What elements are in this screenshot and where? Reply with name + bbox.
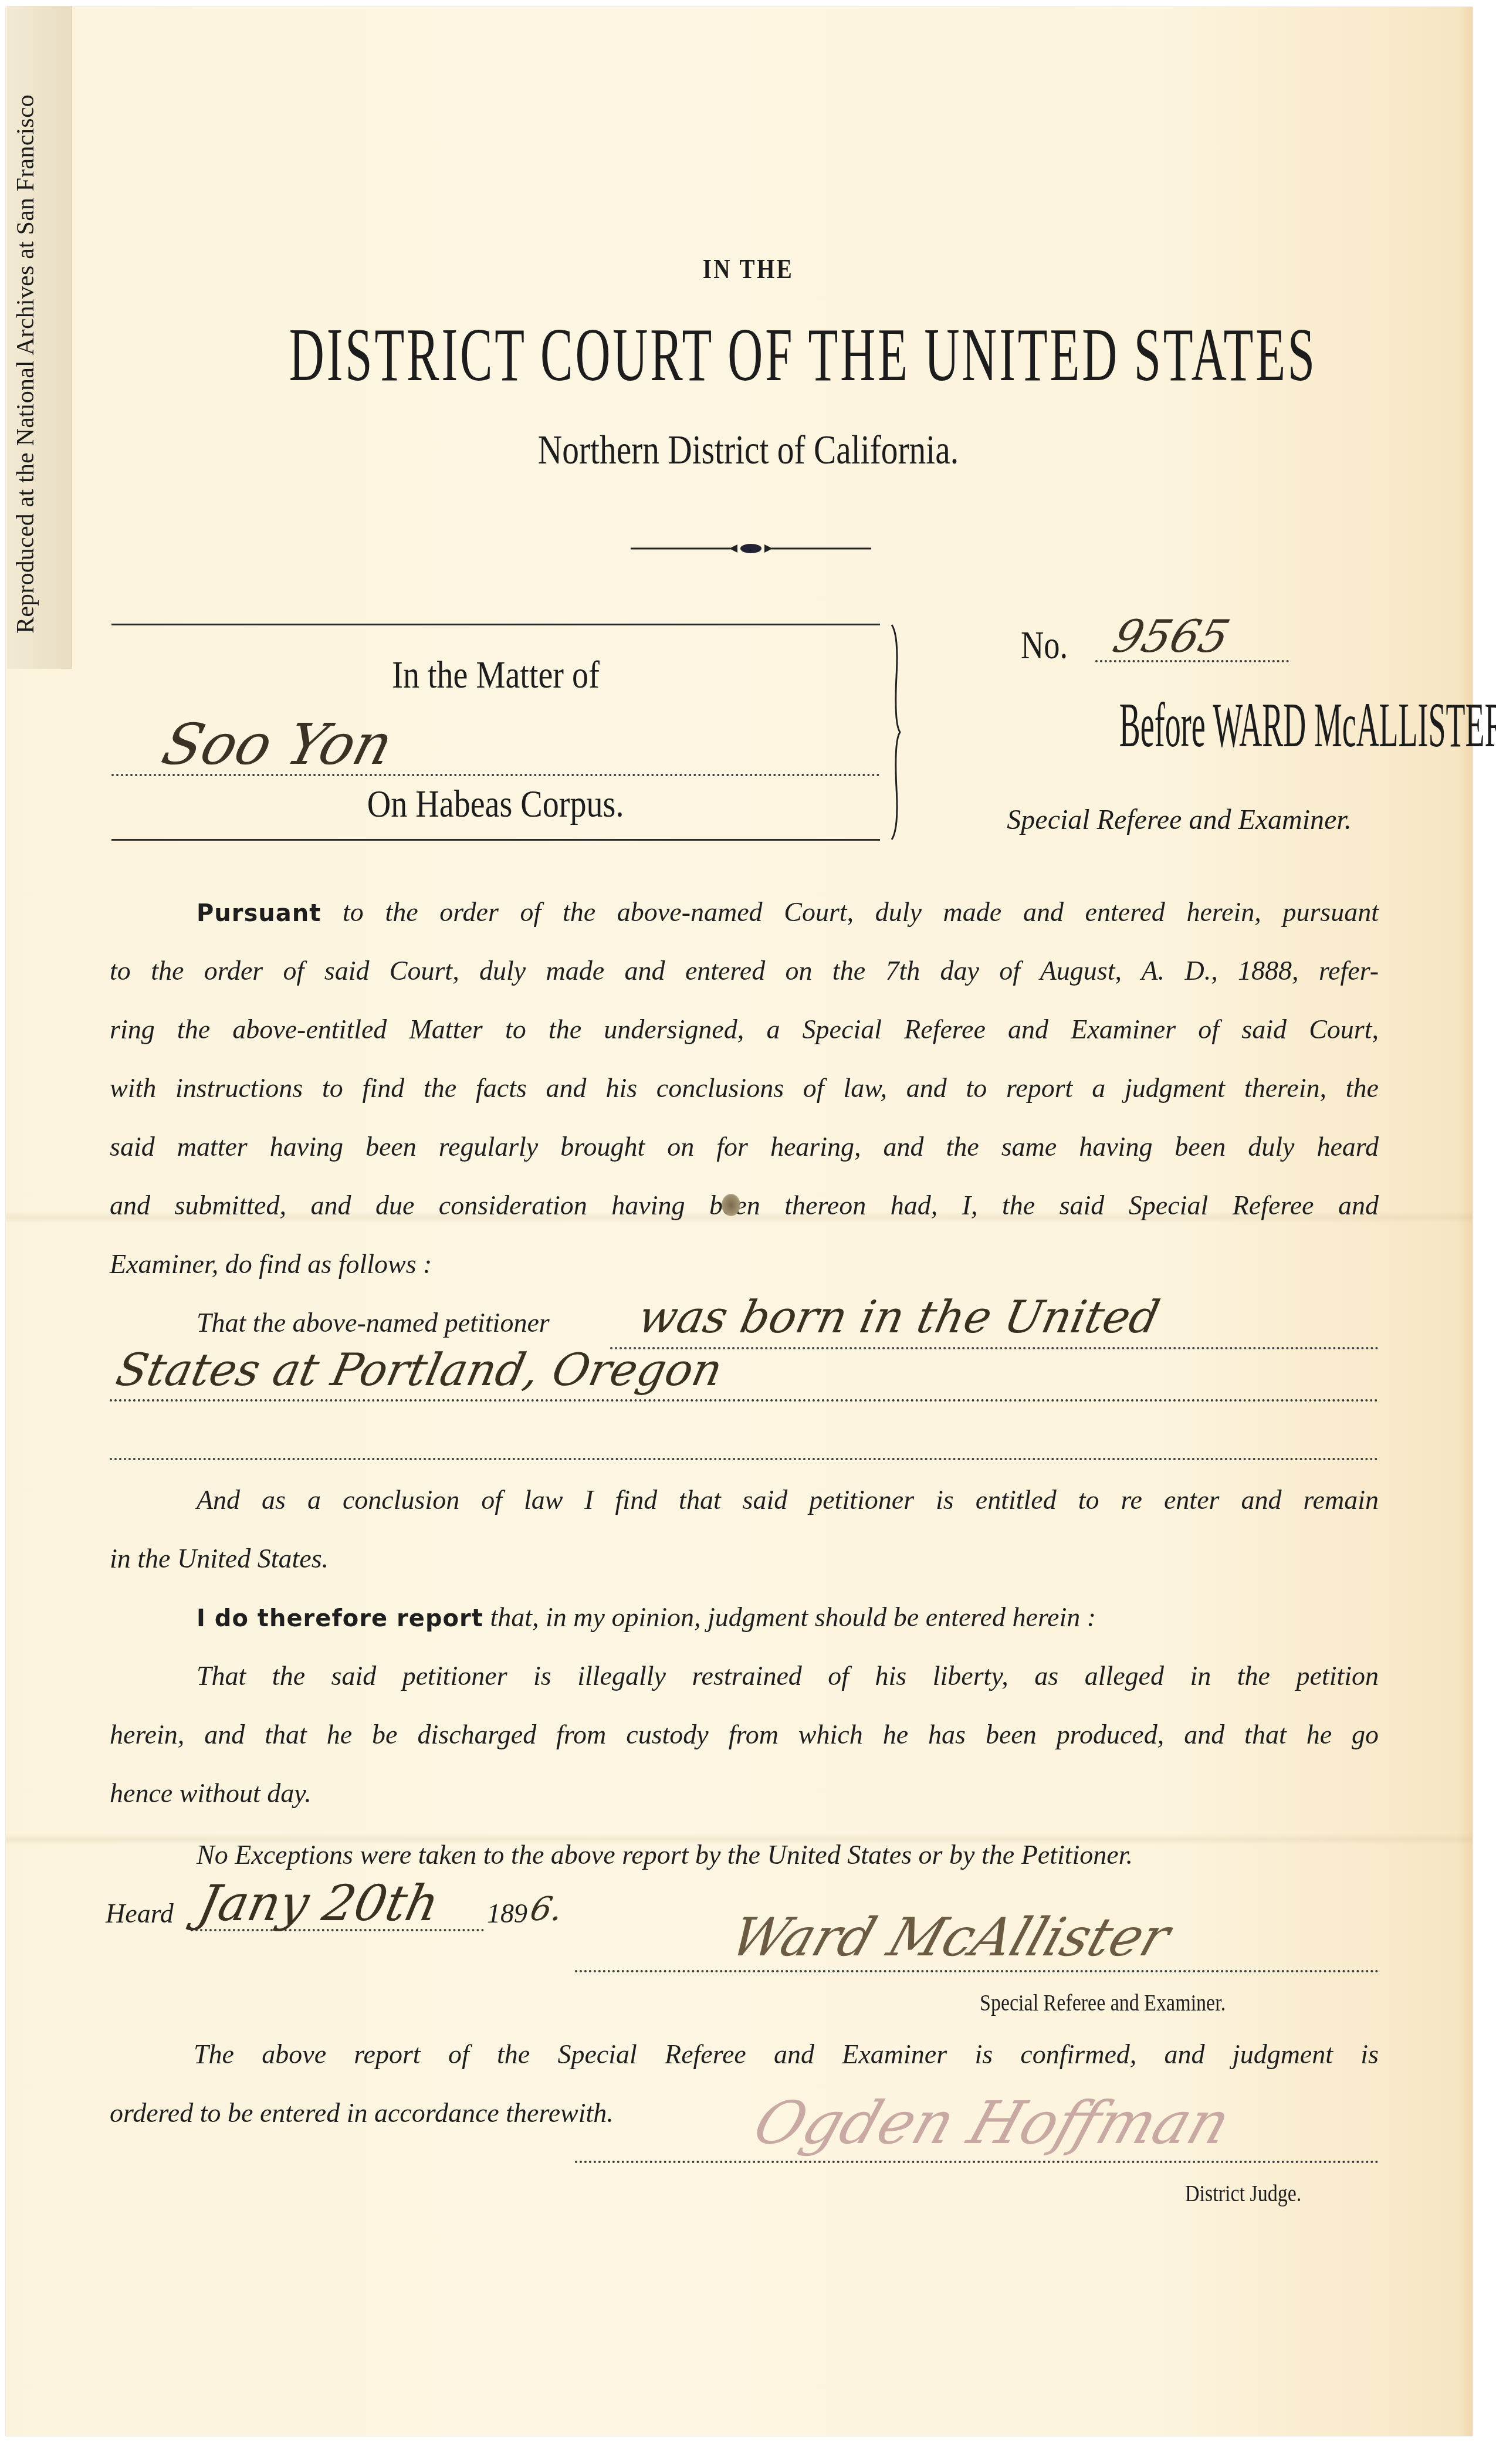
paragraph-line: Pursuant to the order of the above-named… [197, 896, 1379, 928]
ink-stain [722, 1194, 740, 1216]
conclusion-line: in the United States. [110, 1543, 1379, 1574]
matter-of-text: In the Matter of [392, 653, 600, 698]
conclusion-line: And as a conclusion of law I find that s… [197, 1484, 1379, 1515]
district-subtitle: Northern District of California. [0, 427, 1496, 474]
petitioner-name-line [111, 774, 880, 776]
case-number-label: No. [1021, 622, 1079, 668]
finding-handwritten-2: States at Portland, Oregon [112, 1343, 727, 1396]
referee-signature-line [575, 1970, 1379, 1972]
header-in-the: IN THE [0, 253, 1496, 285]
judge-signature-caption: District Judge. [1185, 2179, 1322, 2207]
heard-year-printed: 189 [487, 1898, 527, 1929]
caption-top-rule [111, 624, 880, 625]
referee-caption-text: Special Referee and Examiner. [980, 1989, 1226, 2016]
paragraph-line: Examiner, do find as follows : [110, 1248, 1379, 1280]
matter-of-label: In the Matter of [111, 653, 880, 698]
habeas-text: On Habeas Corpus. [367, 782, 624, 827]
referee-heading: Before WARD McALLISTER, Jr. [903, 689, 1455, 762]
paragraph-line: said matter having been regularly brough… [110, 1131, 1379, 1162]
case-number-handwritten: 9565 [1108, 610, 1235, 662]
judgment-line: herein, and that he be discharged from c… [110, 1719, 1379, 1750]
finding-handwritten-1: was born in the United [634, 1291, 1165, 1343]
referee-title: Special Referee and Examiner. [903, 804, 1455, 836]
heard-date-handwritten: Jany 20th [194, 1874, 445, 1932]
paragraph-line: to the order of said Court, duly made an… [110, 955, 1379, 986]
paragraph-line: and submitted, and due consideration hav… [110, 1190, 1379, 1221]
judgment-line: hence without day. [110, 1778, 1379, 1809]
pursuant-lead: Pursuant [197, 900, 321, 927]
petitioner-name-handwritten: Soo Yon [155, 712, 400, 777]
confirmation-line: The above report of the Special Referee … [194, 2039, 1379, 2070]
judgment-line: That the said petitioner is illegally re… [197, 1660, 1379, 1691]
court-title-text: DISTRICT COURT OF THE UNITED STATES [289, 311, 1317, 399]
in-the-text: IN THE [702, 253, 793, 285]
ornament-divider-icon [631, 543, 871, 554]
line-text: to the order of the above-named Court, d… [343, 897, 1379, 927]
case-caption-box: In the Matter of Soo Yon On Habeas Corpu… [111, 624, 880, 841]
report-lead: I do therefore report [197, 1605, 483, 1632]
caption-bottom-rule [111, 839, 880, 841]
habeas-corpus-label: On Habeas Corpus. [111, 782, 880, 827]
district-text: Northern District of California. [537, 427, 958, 474]
paragraph-line: with instructions to find the facts and … [110, 1072, 1379, 1104]
judge-signature: Ogden Hoffman [746, 2089, 1239, 2157]
heard-label: Heard [106, 1898, 174, 1929]
no-exceptions-line: No Exceptions were taken to the above re… [197, 1839, 1465, 1870]
finding-line-3 [110, 1458, 1379, 1460]
judge-signature-line [575, 2161, 1379, 2163]
report-rest: that, in my opinion, judgment should be … [490, 1602, 1096, 1632]
referee-signature-caption: Special Referee and Examiner. [980, 1989, 1269, 2016]
judge-caption-text: District Judge. [1185, 2179, 1301, 2207]
before-text: Before WARD McALLISTER, Jr. [1119, 689, 1496, 762]
referee-signature: Ward McAllister [723, 1907, 1177, 1968]
finding-label: That the above-named petitioner [197, 1307, 550, 1338]
finding-line-2 [110, 1399, 1379, 1402]
court-title: DISTRICT COURT OF THE UNITED STATES [0, 311, 1496, 399]
case-no-text: No. [1021, 622, 1068, 668]
report-line: I do therefore report that, in my opinio… [197, 1602, 1465, 1633]
paragraph-line: ring the above-entitled Matter to the un… [110, 1014, 1379, 1045]
